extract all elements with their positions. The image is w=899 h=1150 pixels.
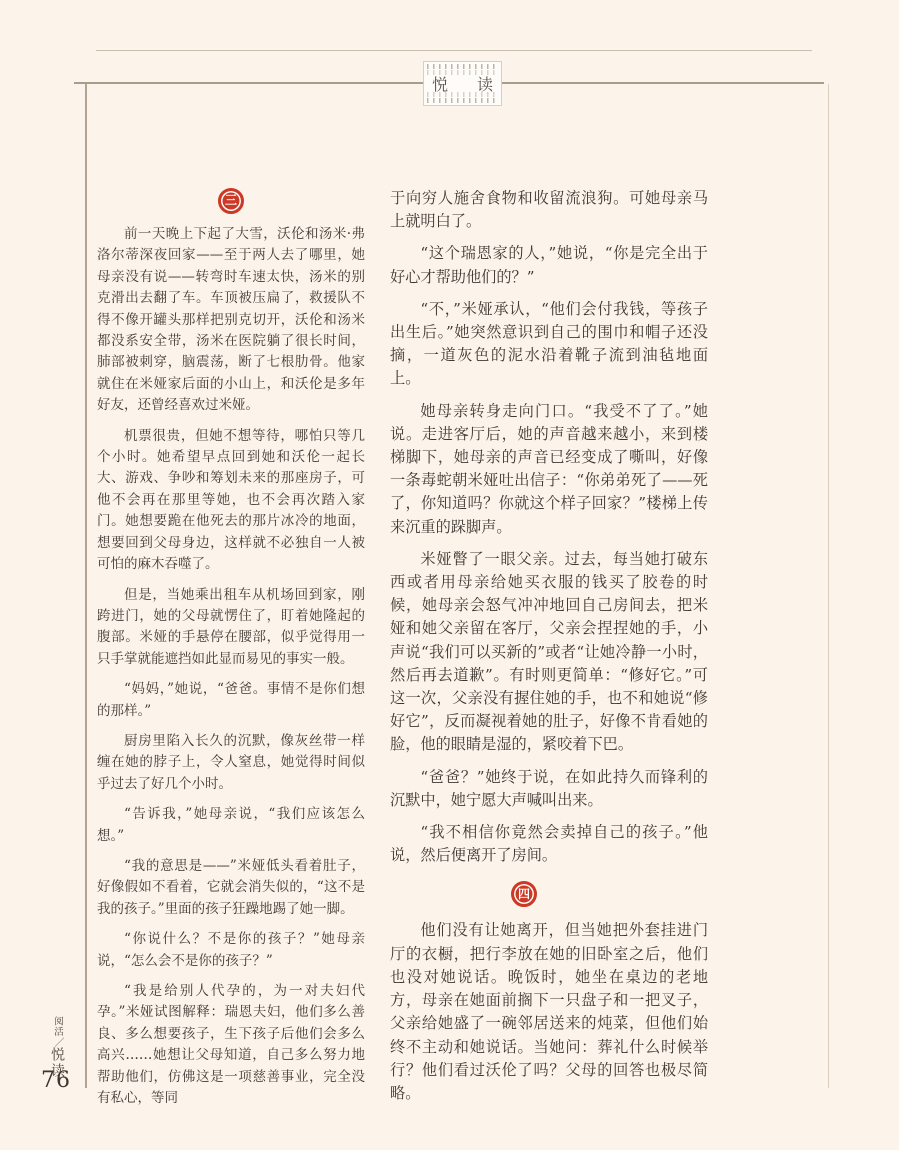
column-title-stamp: 悦 读: [423, 61, 502, 106]
paragraph: 厨房里陷入长久的沉默，像灰丝带一样缠在她的脖子上，令人窒息，她觉得时间似乎过去了…: [97, 731, 365, 795]
right-margin-rule: [828, 84, 829, 1088]
paragraph: “告诉我，”她母亲说，“我们应该怎么想。”: [97, 804, 365, 847]
left-text-column: 三 前一天晚上下起了大雪，沃伦和汤米·弗洛尔蒂深夜回家——至于两人去了哪里，她母…: [97, 188, 365, 1118]
paragraph: 但是，当她乘出租车从机场回到家，刚跨进门，她的父母就愣住了，盯着她隆起的腹部。米…: [97, 585, 365, 671]
left-margin-rule: [85, 84, 87, 1088]
header-rule-thin: [96, 50, 812, 51]
paragraph: “我的意思是——”米娅低头看着肚子，好像假如不看着，它就会消失似的，“这不是我的…: [97, 856, 365, 920]
paragraph: 他们没有让她离开，但当她把外套挂进门厅的衣橱，把行李放在她的旧卧室之后，他们也没…: [390, 919, 708, 1105]
paragraph: “我不相信你竟然会卖掉自己的孩子。”他说，然后便离开了房间。: [390, 821, 708, 867]
paragraph: 米娅瞥了一眼父亲。过去，每当她打破东西或者用母亲给她买衣服的钱买了胶卷的时候，她…: [390, 548, 708, 757]
paragraph: “不，”米娅承认，“他们会付我钱，等孩子出生后。”她突然意识到自己的围巾和帽子还…: [390, 298, 708, 391]
paragraph: 她母亲转身走向门口。“我受不了了。”她说。走进客厅后，她的声音越来越小，来到楼梯…: [390, 400, 708, 539]
paragraph: “你说什么？不是你的孩子？”她母亲说，“怎么会不是你的孩子？”: [97, 929, 365, 972]
page-number: 76: [41, 1068, 71, 1093]
stamp-perforation: [427, 64, 498, 69]
paragraph-continuation: 于向穷人施舍食物和收留流浪狗。可她母亲马上就明白了。: [390, 187, 708, 233]
stamp-perforation: [427, 98, 498, 103]
paragraph: “这个瑞恩家的人，”她说，“你是完全出于好心才帮助他们的？”: [390, 242, 708, 288]
paragraph: 前一天晚上下起了大雪，沃伦和汤米·弗洛尔蒂深夜回家——至于两人去了哪里，她母亲没…: [97, 224, 365, 417]
section-label-slash: ／: [52, 1037, 63, 1047]
section-label-small: 阅活: [52, 1016, 63, 1037]
stamp-perforation: [427, 92, 498, 97]
section-marker-four: 四: [511, 881, 537, 907]
right-text-column: 于向穷人施舍食物和收留流浪狗。可她母亲马上就明白了。 “这个瑞恩家的人，”她说，…: [390, 187, 708, 1114]
section-marker-three: 三: [218, 188, 244, 214]
magazine-page: 悦 读 三 前一天晚上下起了大雪，沃伦和汤米·弗洛尔蒂深夜回家——至于两人去了哪…: [0, 0, 899, 1150]
paragraph: “我是给别人代孕的，为一对夫妇代孕。”米娅试图解释：瑞恩夫妇，他们多么善良、多么…: [97, 981, 365, 1109]
paragraph: “妈妈，”她说，“爸爸。事情不是你们想的那样。”: [97, 679, 365, 722]
stamp-perforation: [427, 70, 498, 75]
paragraph: “爸爸？”她终于说，在如此持久而锋利的沉默中，她宁愿大声喊叫出来。: [390, 766, 708, 812]
paragraph: 机票很贵，但她不想等待，哪怕只等几个小时。她希望早点回到她和沃伦一起长大、游戏、…: [97, 426, 365, 576]
